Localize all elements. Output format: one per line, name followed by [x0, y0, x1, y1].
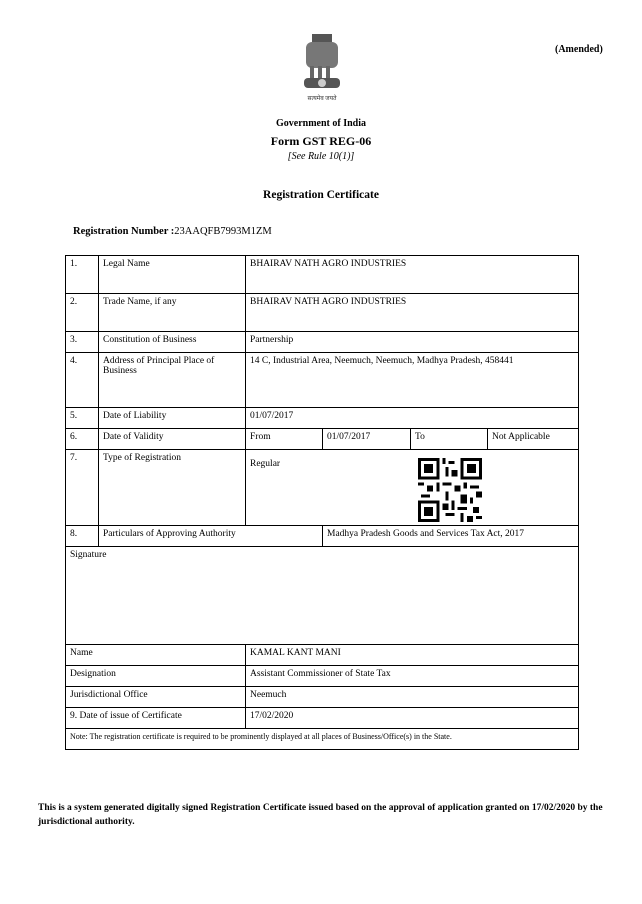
table-row: 4.Address of Principal Place of Business…: [66, 353, 579, 408]
table-row: 3.Constitution of BusinessPartnership: [66, 332, 579, 353]
table-row: 7.Type of RegistrationRegular: [66, 450, 579, 526]
registration-number: Registration Number :23AAQFB7993M1ZM: [73, 226, 272, 237]
table-row: DesignationAssistant Commissioner of Sta…: [66, 666, 579, 687]
table-row: 9. Date of issue of Certificate17/02/202…: [66, 708, 579, 729]
amended-label: (Amended): [555, 44, 603, 55]
government-title: Government of India: [0, 118, 642, 129]
table-row: 2.Trade Name, if anyBHAIRAV NATH AGRO IN…: [66, 294, 579, 332]
table-row: 8.Particulars of Approving AuthorityMadh…: [66, 526, 579, 547]
national-emblem-icon: सत्यमेव जयते: [298, 30, 346, 104]
note-row: Note: The registration certificate is re…: [66, 729, 579, 750]
table-row: Jurisdictional OfficeNeemuch: [66, 687, 579, 708]
table-row: 5.Date of Liability01/07/2017: [66, 408, 579, 429]
qr-code-icon: [418, 458, 482, 522]
form-title: Form GST REG-06: [0, 134, 642, 149]
table-row: 1.Legal NameBHAIRAV NATH AGRO INDUSTRIES: [66, 256, 579, 294]
signature-row: Signature: [66, 547, 579, 645]
table-row: NameKAMAL KANT MANI: [66, 645, 579, 666]
registration-details-table: 1.Legal NameBHAIRAV NATH AGRO INDUSTRIES…: [65, 255, 579, 750]
rule-reference: [See Rule 10(1)]: [0, 151, 642, 162]
certificate-title: Registration Certificate: [0, 189, 642, 201]
footer-disclaimer: This is a system generated digitally sig…: [38, 801, 610, 829]
table-row: 6.Date of ValidityFrom01/07/2017ToNot Ap…: [66, 429, 579, 450]
svg-text:सत्यमेव जयते: सत्यमेव जयते: [307, 94, 337, 102]
